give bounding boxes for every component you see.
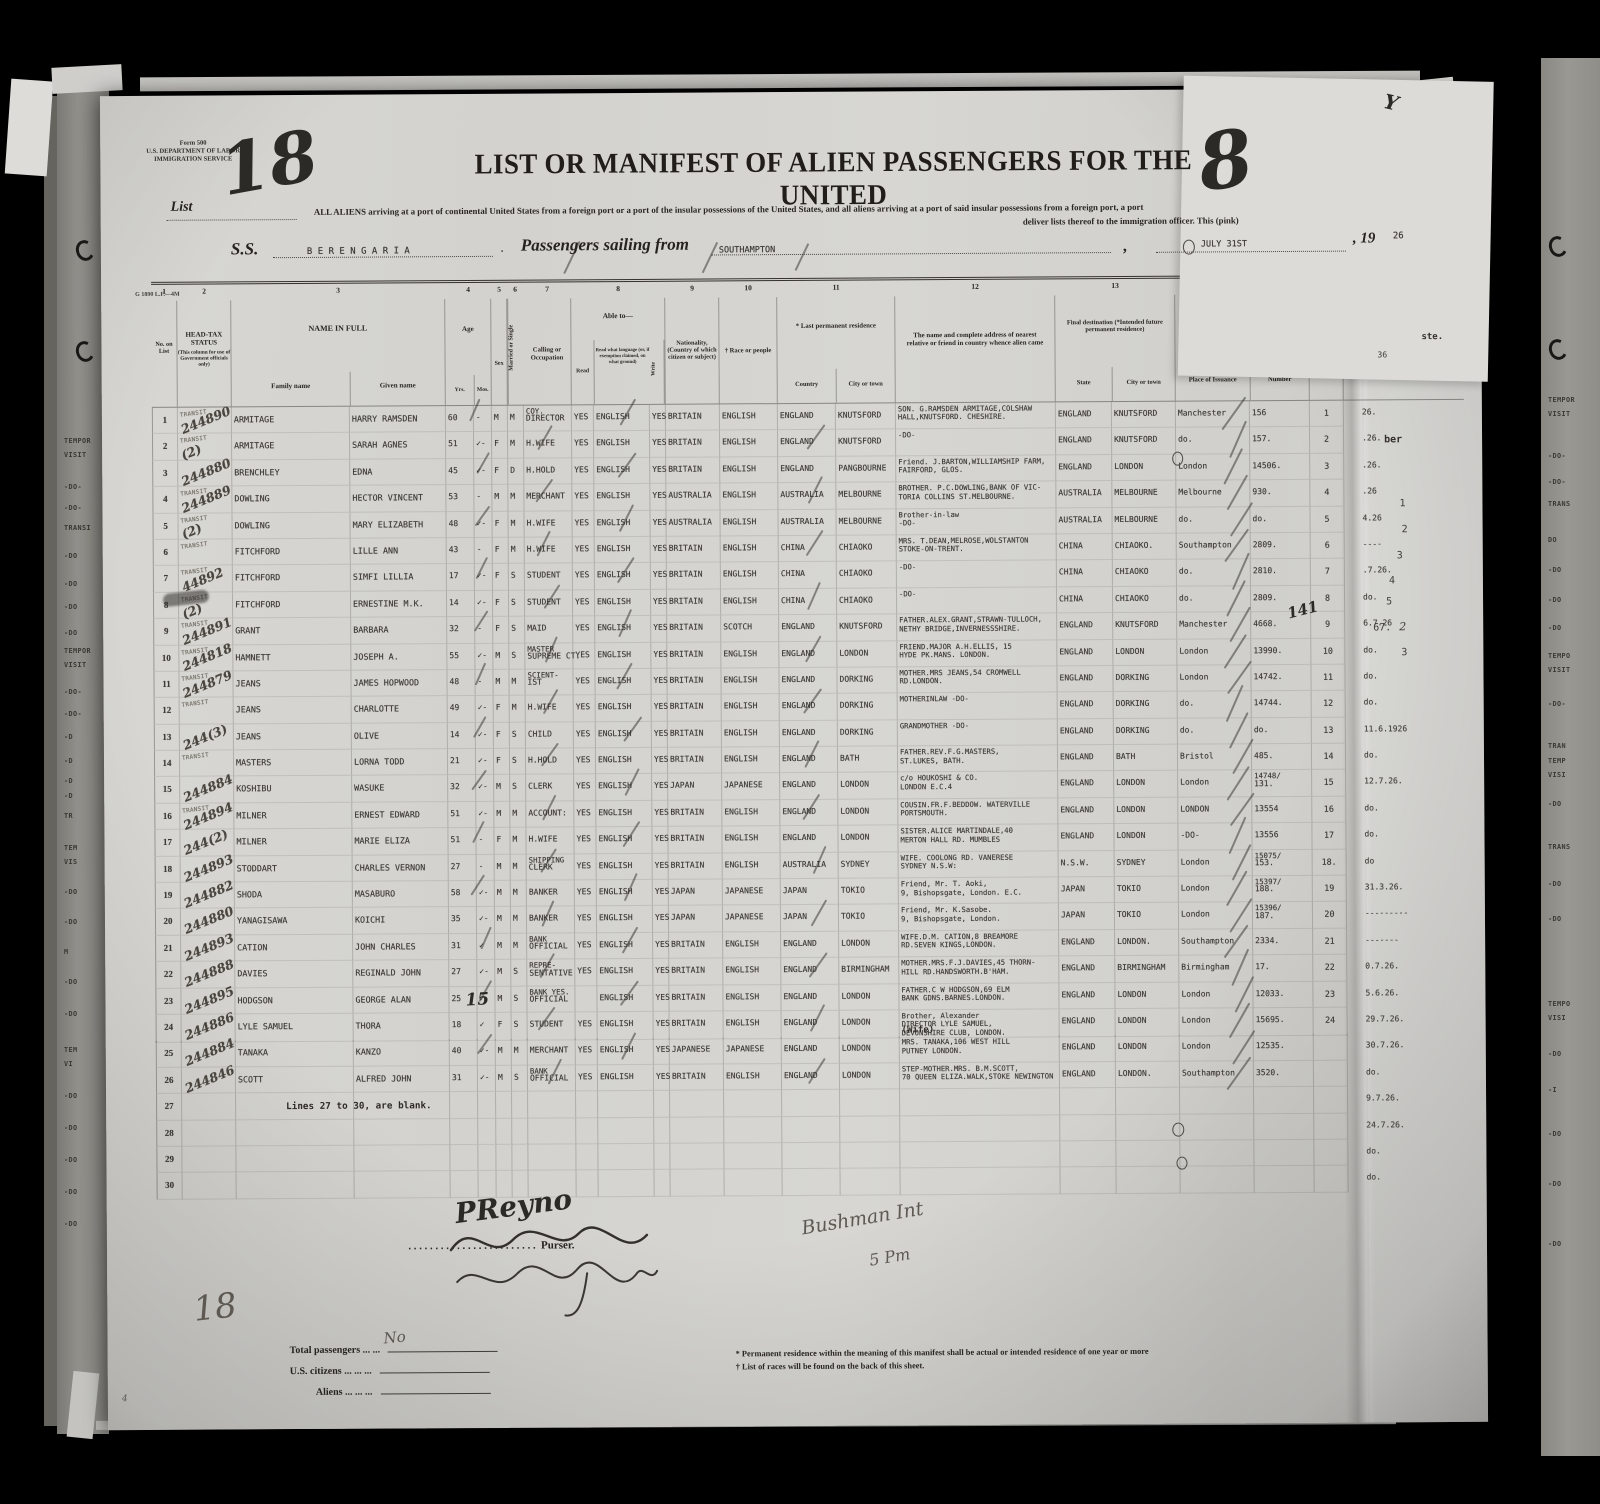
cell-ht: TRANSIT44892	[179, 566, 233, 593]
margin-annotation: TEMPO	[1548, 1000, 1570, 1008]
cell-a: 27	[449, 855, 477, 882]
cell-nt	[670, 1091, 724, 1118]
cell-nt: BRITAIN	[668, 827, 722, 854]
cell-vn: 15695.	[1254, 1008, 1314, 1037]
cell-o: MERCHANT	[524, 485, 572, 512]
cell-pt: MELBOURNE	[836, 483, 896, 510]
voyage-line: S.S. B E R E N G A R I A . Passengers sa…	[101, 228, 1481, 276]
margin-annotation: -DO-	[1548, 452, 1566, 460]
cell-nt: BRITAIN	[666, 431, 720, 458]
cell-rn: 11	[1311, 665, 1345, 692]
cell-n: 29	[156, 1147, 182, 1174]
cell-rd: YES	[576, 1039, 598, 1066]
cell-lg: ENGLISH	[594, 431, 650, 458]
cell-pt: DORKING	[838, 720, 898, 747]
cell-dt: do.	[1346, 822, 1466, 849]
cell-m: S	[509, 643, 525, 669]
cell-wr: YES	[652, 721, 668, 747]
aliens-label: Aliens	[316, 1387, 343, 1398]
cell-ht: TRANSIT244889	[178, 487, 232, 514]
cell-rd: YES	[572, 405, 594, 432]
cell-ds: CHINA	[1057, 560, 1113, 587]
cell-vn	[1254, 1166, 1314, 1193]
cell-g	[354, 1145, 450, 1172]
ship-name: B E R E N G A R I A	[307, 246, 410, 257]
cell-lg: ENGLISH	[596, 722, 652, 749]
cell-pc	[782, 1116, 840, 1143]
column-header: HEAD-TAX STATUS(This column for use of G…	[177, 300, 232, 406]
cell-rc: ENGLISH	[721, 589, 779, 616]
cell-rel: Friend. J.BARTON,WILLIAMSHIP FARM,FAIRFO…	[896, 455, 1056, 482]
cell-pc: ENGLAND	[778, 457, 836, 484]
cell-am: ✓-	[478, 1066, 496, 1093]
cell-ht: TRANSIT	[180, 698, 234, 725]
cell-o: H.WIFE	[525, 537, 573, 564]
cell-n: 10	[153, 645, 179, 672]
cell-lg: ENGLISH	[597, 880, 653, 907]
margin-annotation: M	[64, 948, 69, 956]
cell-wr: YES	[653, 933, 669, 959]
cell-f: HODGSON	[235, 987, 353, 1014]
cell-lg: ENGLISH	[596, 827, 652, 854]
cell-nt: BRITAIN	[669, 932, 723, 959]
cell-dc: LONDON	[1116, 1009, 1180, 1038]
cell-ds: ENGLAND	[1058, 719, 1114, 746]
cell-m: S	[509, 564, 525, 590]
dots: ... ... ...	[344, 1366, 372, 1377]
cell-m: D	[508, 458, 524, 484]
cell-rd: YES	[574, 801, 596, 828]
cell-n: 5	[152, 513, 178, 540]
cell-wr: YES	[652, 801, 668, 827]
cell-ds: ENGLAND	[1057, 613, 1113, 640]
cell-pt: LONDON	[840, 1063, 900, 1090]
subtitle-line1: ALL ALIENS arriving at a port of contine…	[219, 201, 1239, 217]
cell-pt: DORKING	[837, 667, 897, 694]
cell-f: GRANT	[233, 618, 351, 645]
cell-vn: 12535.	[1254, 1034, 1314, 1061]
cell-rc: ENGLISH	[723, 985, 781, 1012]
cell-dt: do.	[1345, 585, 1465, 612]
blank-lines-note: Lines 27 to 30, are blank.	[286, 1100, 432, 1112]
cell-rc: JAPANESE	[722, 774, 780, 801]
handwritten-mark: 5 Pm	[868, 1244, 912, 1269]
cell-nt	[670, 1117, 724, 1144]
cell-rd: YES	[572, 511, 594, 538]
cell-wr: YES	[650, 458, 666, 484]
cell-rc: JAPANESE	[723, 879, 781, 906]
cell-a: 45	[446, 459, 474, 486]
cell-rc: ENGLISH	[721, 642, 779, 669]
cell-rel: Friend, Mr. T. Aoki,9, Bishopsgate, Lond…	[899, 877, 1059, 904]
cell-rd: YES	[572, 432, 594, 459]
cell-wr: YES	[650, 510, 666, 536]
cell-nt: JAPAN	[668, 774, 722, 801]
list-label: List	[171, 200, 193, 216]
cell-vp: Manchester	[1177, 612, 1251, 639]
cell-rel: c/o HOUKOSHI & CO.LONDON E.C.4	[898, 772, 1058, 799]
cell-ds: ENGLAND	[1056, 428, 1112, 455]
cell-ds: ENGLAND	[1060, 1009, 1116, 1038]
cell-rn: 20	[1313, 902, 1347, 929]
cell-g: CHARLES VERNON	[353, 855, 449, 882]
cell-m: M	[508, 406, 524, 432]
handwritten-mark: 67.	[1373, 622, 1391, 633]
cell-g: REGINALD JOHN	[353, 960, 449, 987]
cell-wr: YES	[651, 642, 667, 668]
cell-vn	[1254, 1113, 1314, 1140]
cell-dc: DORKING	[1114, 718, 1178, 745]
cell-pt: LONDON	[838, 799, 898, 826]
margin-annotation: TEMPO	[1548, 652, 1570, 660]
handwritten-mark: Bushman Int	[800, 1198, 925, 1240]
cell-nt: BRITAIN	[667, 589, 721, 616]
cell-lg: ENGLISH	[598, 1012, 654, 1041]
cell-vn: 2334.	[1253, 929, 1313, 956]
cell-rc	[724, 1090, 782, 1117]
handwritten-mark: 5	[1386, 596, 1392, 607]
cell-x: M	[495, 934, 511, 960]
totals-block: Total passengers ... ... U.S. citizens .…	[290, 1344, 499, 1408]
cell-dc: CHIAOKO	[1113, 560, 1177, 587]
cell-rc: ENGLISH	[722, 800, 780, 827]
margin-annotation: -I	[1548, 1086, 1557, 1094]
cell-rc: ENGLISH	[720, 457, 778, 484]
cell-a: 14	[448, 723, 476, 750]
cell-vp	[1180, 1087, 1254, 1114]
cell-rd: YES	[573, 643, 595, 670]
cell-dt: 12.7.26.	[1346, 769, 1466, 796]
margin-annotation: -DO	[1548, 800, 1561, 808]
cell-a	[450, 1092, 478, 1119]
year-suffix: 26	[1393, 231, 1404, 241]
handwritten-mark: 3	[1397, 550, 1403, 561]
cell-pt: LONDON	[839, 931, 899, 958]
cell-m: S	[511, 960, 527, 986]
cell-g: WASUKE	[352, 776, 448, 803]
margin-annotation: -DO	[64, 918, 77, 926]
margin-annotation: VISI	[1548, 1014, 1566, 1022]
margin-annotation: DO	[1548, 536, 1557, 544]
margin-annotation: -DO	[1548, 1050, 1561, 1058]
cell-dc	[1116, 1141, 1180, 1168]
margin-annotation: VI	[64, 1060, 73, 1068]
cell-rc: ENGLISH	[722, 694, 780, 721]
cell-lg: ENGLISH	[597, 959, 653, 986]
cell-x: F	[494, 696, 510, 722]
fill-in-line	[380, 1372, 490, 1374]
cell-dc: MELBOURNE	[1112, 481, 1176, 508]
margin-annotation: -DO	[1548, 1180, 1561, 1188]
cell-m: M	[511, 881, 527, 907]
cell-rel: -DO-	[897, 587, 1057, 614]
cell-pc: JAPAN	[781, 879, 839, 906]
cell-rn: 15	[1312, 770, 1346, 797]
cell-a	[450, 1118, 478, 1145]
cell-pc	[782, 1090, 840, 1117]
subtitle-line2: deliver lists thereof to the immigration…	[219, 215, 1239, 231]
cell-rc: ENGLISH	[724, 1064, 782, 1091]
cell-ds: ENGLAND	[1060, 1035, 1116, 1062]
fill-in-line	[388, 1351, 498, 1353]
handwritten-mark: ber	[1384, 434, 1402, 445]
cell-wr: YES	[651, 616, 667, 642]
cell-x: F	[492, 459, 508, 485]
cell-a: 51	[446, 432, 474, 459]
cell-x	[496, 1118, 512, 1144]
cell-ds	[1060, 1115, 1116, 1142]
margin-annotation: -DO	[1548, 624, 1561, 632]
cell-dt: 24.7.26.	[1348, 1112, 1468, 1139]
cell-f: JEANS	[233, 671, 351, 698]
cell-pc	[782, 1143, 840, 1170]
cell-rel: FRIEND.MAJOR A.H.ELLIS, 15HYDE PK.MANS. …	[897, 640, 1057, 667]
column-header: Nationality, (Country of which citizen o…	[665, 297, 720, 403]
total-passengers-label: Total passengers	[290, 1345, 361, 1356]
cell-ht	[182, 1094, 236, 1121]
margin-annotation: -D	[64, 792, 73, 800]
cell-rel: STEP-MOTHER.MRS. B.M.SCOTT,70 QUEEN ELIZ…	[900, 1062, 1060, 1089]
cell-rn: 7	[1311, 559, 1345, 586]
signature-scribble	[437, 1210, 738, 1322]
cell-vn: 15075/153.	[1253, 849, 1313, 876]
cell-dc: DORKING	[1113, 666, 1177, 693]
cell-a: 40	[450, 1039, 478, 1066]
margin-annotation: -DO	[1548, 1130, 1561, 1138]
margin-annotation: VISIT	[1548, 410, 1570, 418]
cell-vp: London	[1176, 454, 1250, 481]
cell-dt: .26.	[1344, 426, 1464, 453]
cell-ht: 244846	[182, 1067, 236, 1094]
cell-am: ✓-	[477, 960, 495, 987]
cell-m: S	[510, 722, 526, 748]
cell-ds: JAPAN	[1059, 903, 1115, 930]
cell-rd: YES	[572, 484, 594, 511]
cell-a: 48	[447, 670, 475, 697]
cell-pc: ENGLAND	[780, 720, 838, 747]
cell-o: SCIENT-IST	[525, 669, 573, 696]
cell-ds: ENGLAND	[1060, 1062, 1116, 1089]
cell-vn: 156	[1250, 401, 1310, 428]
cell-am: -	[477, 854, 495, 881]
handwritten-mark: ste.	[1421, 332, 1443, 342]
cell-x: M	[495, 960, 511, 986]
cell-dt: 31.3.26.	[1347, 875, 1467, 902]
cell-ds: ENGLAND	[1056, 455, 1112, 482]
cell-wr	[654, 1144, 670, 1170]
cell-pt: DORKING	[838, 694, 898, 721]
cell-pt: CHIAOKO	[837, 562, 897, 589]
margin-annotation: TR	[64, 812, 73, 820]
margin-annotation: VISIT	[64, 451, 86, 459]
cell-vn: 14506.	[1250, 454, 1310, 481]
cell-n: 18	[155, 856, 181, 883]
margin-annotation: -DO-	[64, 688, 82, 696]
cell-rd: YES	[576, 1012, 598, 1041]
cell-f	[237, 1172, 355, 1199]
cell-am: -	[474, 406, 492, 433]
cell-pc: ENGLAND	[780, 800, 838, 827]
column-number: 13	[1055, 281, 1175, 291]
manifest-table: No. on ListHEAD-TAX STATUS(This column f…	[151, 274, 1469, 1200]
cell-rn: 22	[1313, 955, 1347, 982]
column-number: 10	[719, 283, 777, 292]
cell-nt: AUSTRALIA	[666, 510, 720, 537]
cell-x: F	[492, 432, 508, 458]
cell-dc: KNUTSFORD	[1112, 402, 1176, 429]
cell-nt: BRITAIN	[667, 642, 721, 669]
cell-wr: YES	[650, 484, 666, 510]
margin-annotation: -DO-	[64, 710, 82, 718]
cell-rel: MRS. TANAKA,106 WEST HILLPUTNEY LONDON.	[900, 1036, 1060, 1063]
cell-dt: .26.	[1344, 453, 1464, 480]
cell-m: S	[509, 590, 525, 616]
cell-dc: LONDON	[1114, 798, 1178, 825]
cell-f: MASTERS	[234, 750, 352, 777]
cell-pt	[840, 1142, 900, 1169]
cell-rel	[900, 1089, 1060, 1116]
cell-am: ✓-	[476, 802, 494, 829]
margin-annotation: -DO	[1548, 1240, 1561, 1248]
cell-am: -	[475, 617, 493, 644]
margin-annotation: -DO	[1548, 566, 1561, 574]
cell-rc	[725, 1169, 783, 1196]
manifest-page: Form 500 U.S. DEPARTMENT OF LABOR IMMIGR…	[100, 88, 1488, 1430]
cell-n: 7	[153, 566, 179, 593]
cell-g	[354, 1119, 450, 1146]
cell-m: M	[511, 854, 527, 880]
cell-m: M	[509, 670, 525, 696]
margin-annotation: -DO	[64, 629, 77, 637]
cell-lg: ENGLISH	[596, 748, 652, 775]
cell-n: 25	[156, 1041, 182, 1068]
cell-rn	[1314, 1140, 1348, 1167]
column-header: Sex	[491, 299, 508, 405]
cell-a: 31	[450, 1066, 478, 1093]
cell-vn: do.	[1250, 506, 1310, 533]
cell-g: HECTOR VINCENT	[350, 485, 446, 512]
column-number: 9	[665, 283, 719, 292]
cell-g: ALFRED JOHN	[354, 1066, 450, 1093]
cell-g: LORNA TODD	[352, 749, 448, 776]
cell-ds	[1061, 1167, 1117, 1194]
cell-f	[236, 1146, 354, 1173]
cell-o: MERCHANT	[528, 1039, 576, 1066]
column-number: 12	[895, 281, 1055, 291]
cell-am: ✓-	[477, 881, 495, 908]
cell-am: -	[476, 828, 494, 855]
cell-pt: CHIAOKO	[837, 535, 897, 562]
cell-rc: ENGLISH	[720, 483, 778, 510]
column-number: 7	[523, 284, 571, 293]
cell-pt	[841, 1169, 901, 1196]
cell-dt: .7.26.	[1345, 558, 1465, 585]
cell-vn: 13990.	[1251, 638, 1311, 665]
cell-f: DOWLING	[232, 486, 350, 513]
cell-f: HAMNETT	[233, 644, 351, 671]
cell-x: F	[493, 564, 509, 590]
cell-dt: 5.6.26.	[1347, 980, 1467, 1007]
cell-ht	[182, 1146, 236, 1173]
cell-pt: KNUTSFORD	[836, 430, 896, 457]
cell-dc	[1117, 1167, 1181, 1194]
cell-a: 58	[449, 881, 477, 908]
margin-annotation: -D	[64, 733, 73, 741]
cell-m	[512, 1145, 528, 1171]
cell-n: 26	[156, 1068, 182, 1095]
cell-a: 48	[446, 512, 474, 539]
cell-n: 4	[152, 487, 178, 514]
margin-annotation: TEM	[64, 844, 77, 852]
cell-ds: ENGLAND	[1059, 956, 1115, 983]
cell-g: JOSEPH A.	[351, 644, 447, 671]
cell-a: 55	[447, 643, 475, 670]
handwritten-mark: 15	[465, 989, 490, 1010]
cell-am	[478, 1145, 496, 1172]
cell-m: M	[512, 1039, 528, 1065]
cell-rn: 13	[1312, 717, 1346, 744]
cell-rn: 2	[1310, 427, 1344, 454]
cell-lg	[598, 1144, 654, 1171]
cell-pt: MELBOURNE	[836, 509, 896, 536]
cell-dc: LONDON	[1113, 639, 1177, 666]
cell-rn	[1314, 1087, 1348, 1114]
cell-vn: 14744.	[1252, 691, 1312, 718]
cell-ht: 244(3)	[180, 724, 234, 751]
cell-g: MASABURO	[353, 881, 449, 908]
cell-rn: 1	[1310, 401, 1344, 428]
cell-vn: 3520.	[1254, 1061, 1314, 1088]
cell-rn: 14	[1312, 744, 1346, 771]
cell-nt: BRITAIN	[669, 853, 723, 880]
cell-rc: ENGLISH	[720, 430, 778, 457]
cell-ds: CHINA	[1057, 587, 1113, 614]
cell-nt: BRITAIN	[668, 748, 722, 775]
cell-lg	[598, 1091, 654, 1118]
handwritten-mark: 2	[1402, 524, 1408, 535]
cell-rc: ENGLISH	[723, 853, 781, 880]
cell-ht: TRANSIT244890	[178, 407, 232, 434]
margin-annotation: -DO	[1548, 596, 1561, 604]
handwritten-mark: 4	[1389, 575, 1395, 586]
margin-annotation: TEMPOR	[64, 647, 91, 655]
cell-nt: BRITAIN	[667, 616, 721, 643]
cell-am: -	[474, 485, 492, 512]
cell-pc: ENGLAND	[780, 773, 838, 800]
margin-annotation: TRANS	[1548, 500, 1570, 508]
cell-pt: LONDON	[838, 826, 898, 853]
cell-rc: ENGLISH	[720, 404, 778, 431]
cell-rn: 16	[1312, 796, 1346, 823]
cell-o: H.WIFE	[526, 828, 574, 855]
margin-annotation: TEM	[64, 1046, 77, 1054]
cell-g: KOICHI	[353, 908, 449, 935]
cell-n: 13	[154, 724, 180, 751]
margin-annotation: -DO	[64, 888, 77, 896]
cell-o: CLERK	[526, 775, 574, 802]
cell-a	[450, 1145, 478, 1172]
cell-vp	[1180, 1114, 1254, 1141]
cell-rd	[576, 1091, 598, 1118]
cell-lg	[598, 1117, 654, 1144]
cell-rn: 21	[1313, 928, 1347, 955]
cell-wr: YES	[654, 1065, 670, 1091]
cell-f: MILNER	[234, 803, 352, 830]
cell-vn	[1254, 1140, 1314, 1167]
cell-a: 32	[447, 617, 475, 644]
cell-vn: do.	[1252, 718, 1312, 745]
cell-dc: CHIAOKO.	[1113, 534, 1177, 561]
